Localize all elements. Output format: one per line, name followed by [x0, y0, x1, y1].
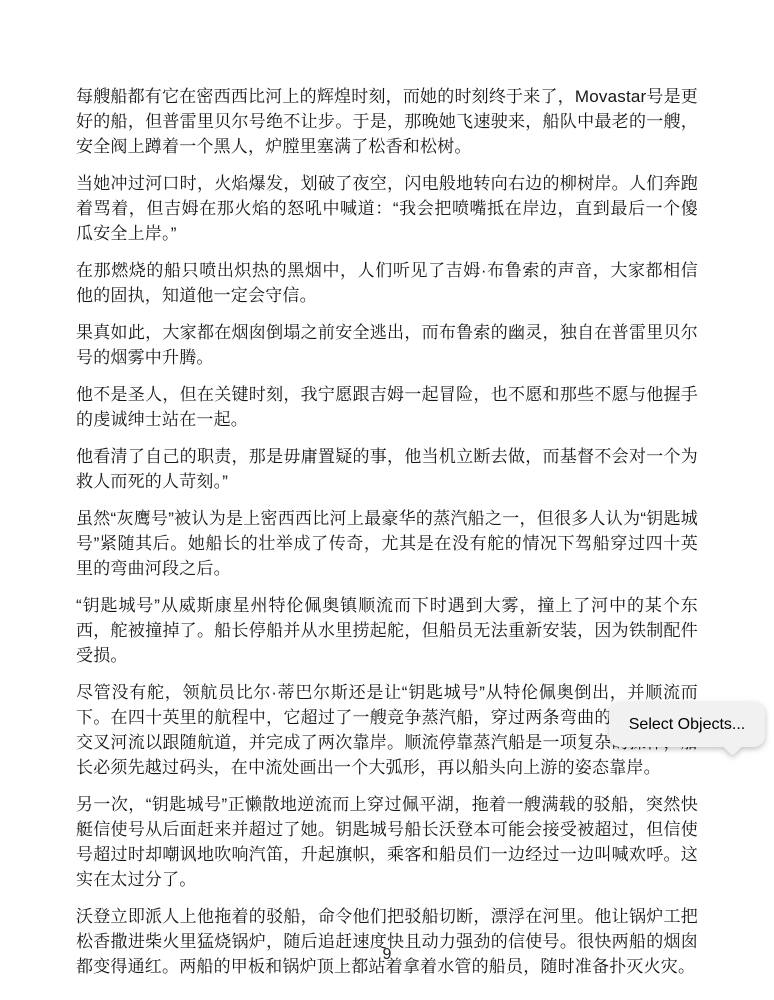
paragraph: 沃登立即派人上他拖着的驳船，命令他们把驳船切断，漂浮在河里。他让锅炉工把松香撒进… [76, 904, 698, 979]
paragraph: 尽管没有舵，领航员比尔·蒂巴尔斯还是让“钥匙城号”从特伦佩奥倒出，并顺流而下。在… [76, 680, 698, 780]
paragraph: 另一次，“钥匙城号”正懒散地逆流而上穿过佩平湖，拖着一艘满载的驳船，突然快艇信使… [76, 792, 698, 892]
tooltip-tail [722, 735, 743, 756]
paragraph: 果真如此，大家都在烟囱倒塌之前安全逃出，而布鲁索的幽灵，独自在普雷里贝尔号的烟雾… [76, 320, 698, 370]
paragraph: 他看清了自己的职责，那是毋庸置疑的事，他当机立断去做，而基督不会对一个为救人而死… [76, 444, 698, 494]
document-page: 每艘船都有它在密西西比河上的辉煌时刻，而她的时刻终于来了，Movastar号是更… [0, 0, 774, 1000]
paragraph: “钥匙城号”从威斯康星州特伦佩奥镇顺流而下时遇到大雾，撞上了河中的某个东西，舵被… [76, 593, 698, 668]
select-objects-label: Select Objects... [629, 716, 746, 734]
paragraph: 在那燃烧的船只喷出炽热的黑烟中，人们听见了吉姆·布鲁索的声音，大家都相信他的固执… [76, 258, 698, 308]
paragraph: 他不是圣人，但在关键时刻，我宁愿跟吉姆一起冒险，也不愿和那些不愿与他握手的虔诚绅… [76, 382, 698, 432]
paragraph: 虽然“灰鹰号”被认为是上密西西比河上最豪华的蒸汽船之一，但很多人认为“钥匙城号”… [76, 506, 698, 581]
paragraph: 每艘船都有它在密西西比河上的辉煌时刻，而她的时刻终于来了，Movastar号是更… [76, 84, 698, 159]
paragraph: 当她冲过河口时，火焰爆发，划破了夜空，闪电般地转向右边的柳树岸。人们奔跑着骂着，… [76, 171, 698, 246]
text-column: 每艘船都有它在密西西比河上的辉煌时刻，而她的时刻终于来了，Movastar号是更… [76, 84, 698, 991]
select-objects-tooltip[interactable]: Select Objects... [609, 702, 765, 747]
page-number: 9 [0, 946, 774, 964]
